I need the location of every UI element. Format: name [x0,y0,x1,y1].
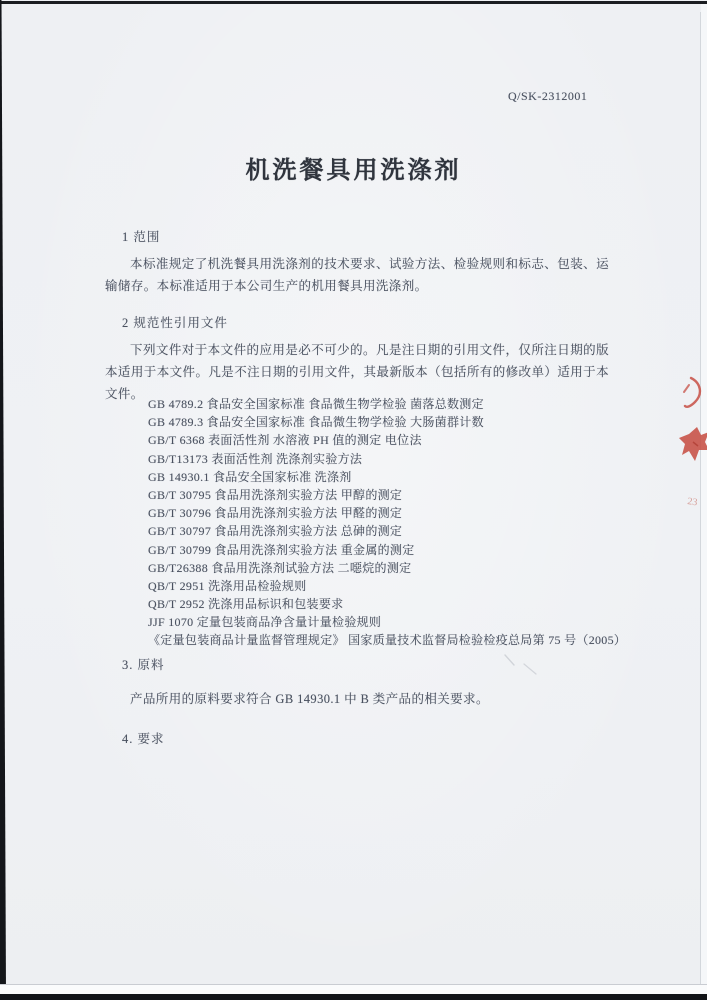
reference-item: GB/T 30796 食品用洗涤剂实验方法 甲醛的测定 [148,504,626,522]
scanned-document-page: Q/SK-2312001 机洗餐具用洗涤剂 1 范围 本标准规定了机洗餐具用洗涤… [0,0,707,1000]
document-title: 机洗餐具用洗涤剂 [0,150,707,185]
section-4-heading: 4. 要求 [122,729,165,747]
section-2-heading: 2 规范性引用文件 [122,313,228,331]
section-1-paragraph: 本标准规定了机洗餐具用洗涤剂的技术要求、试验方法、检验规则和标志、包装、运输储存… [105,253,609,297]
reference-item: GB/T 6368 表面活性剂 水溶液 PH 值的测定 电位法 [148,431,626,449]
reference-item: GB 14930.1 食品安全国家标准 洗涤剂 [148,468,626,486]
section-3-heading: 3. 原料 [122,655,165,673]
reference-item: GB/T 30795 食品用洗涤剂实验方法 甲醇的测定 [148,486,626,504]
reference-item: QB/T 2951 洗涤用品检验规则 [148,577,626,595]
red-stamp-fragment-icon: 23 [676,372,707,517]
reference-item: GB/T 30799 食品用洗涤剂实验方法 重金属的测定 [148,541,626,559]
reference-item: GB 4789.3 食品安全国家标准 食品微生物学检验 大肠菌群计数 [148,413,626,431]
scan-edge-bottom [0,994,707,1000]
section-3-paragraph: 产品所用的原料要求符合 GB 14930.1 中 B 类产品的相关要求。 [105,688,625,710]
standard-number: Q/SK-2312001 [508,89,587,104]
section-1-heading: 1 范围 [122,227,160,245]
scan-edge-top [0,1,707,4]
pencil-mark [500,650,546,680]
reference-item: GB/T26388 食品用洗涤剂试验方法 二噁烷的测定 [148,559,626,577]
reference-item: QB/T 2952 洗涤用品标识和包装要求 [148,595,626,613]
paper-bottom-edge [0,984,707,994]
normative-references-list: GB 4789.2 食品安全国家标准 食品微生物学检验 菌落总数测定 GB 47… [148,395,626,650]
stamp-note-text: 23 [687,496,698,508]
reference-item: GB/T 30797 食品用洗涤剂实验方法 总砷的测定 [148,522,626,540]
reference-item: GB/T13173 表面活性剂 洗涤剂实验方法 [148,450,626,468]
reference-item: GB 4789.2 食品安全国家标准 食品微生物学检验 菌落总数测定 [148,395,626,413]
reference-item: JJF 1070 定量包装商品净含量计量检验规则 [148,613,626,631]
reference-item: 《定量包装商品计量监督管理规定》 国家质量技术监督局检验检疫总局第 75 号（2… [148,631,626,649]
